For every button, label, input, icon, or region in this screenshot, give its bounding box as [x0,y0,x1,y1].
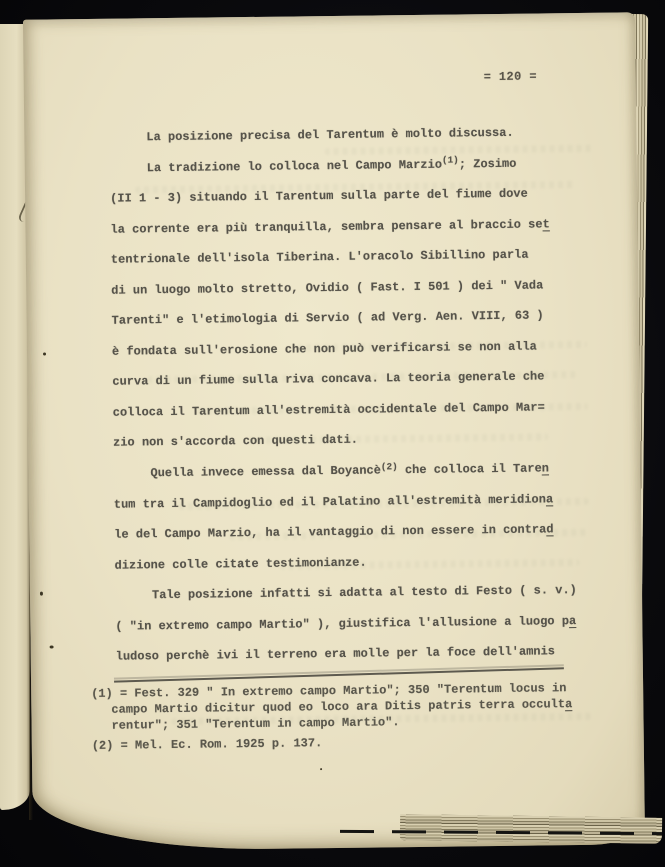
book-scan-photo: = 120 = La posizione precisa del Tarentu… [0,0,665,867]
text-segment: Quella invece emessa dal Boyancè [150,463,381,480]
footnote-line: (2) = Mel. Ec. Rom. 1925 p. 137. [92,733,602,755]
footnote-reference: (2) [381,461,398,472]
text-segment: a [565,697,572,711]
paper-speck [40,592,43,596]
text-segment: a [569,614,576,628]
paper-speck [320,768,322,770]
book-page: = 120 = La posizione precisa del Tarentu… [23,12,645,851]
paper-speck [50,645,54,648]
text-segment: La posizione precisa del Tarentum è molt… [146,126,513,144]
text-segment: che colloca il Tare [398,461,542,477]
footnote-reference: (1) [442,155,459,166]
text-segment: n [542,461,549,475]
text-segment: (2) = Mel. Ec. Rom. 1925 p. 137. [92,737,323,754]
page-number: = 120 = [484,69,537,84]
text-segment: t [542,217,549,231]
text-segment: La tradizione lo colloca nel Campo Marzi… [147,157,442,175]
paper-speck [43,353,46,356]
stacked-page-edges-bottom [400,814,662,844]
text-segment: ; Zosimo [459,156,517,171]
